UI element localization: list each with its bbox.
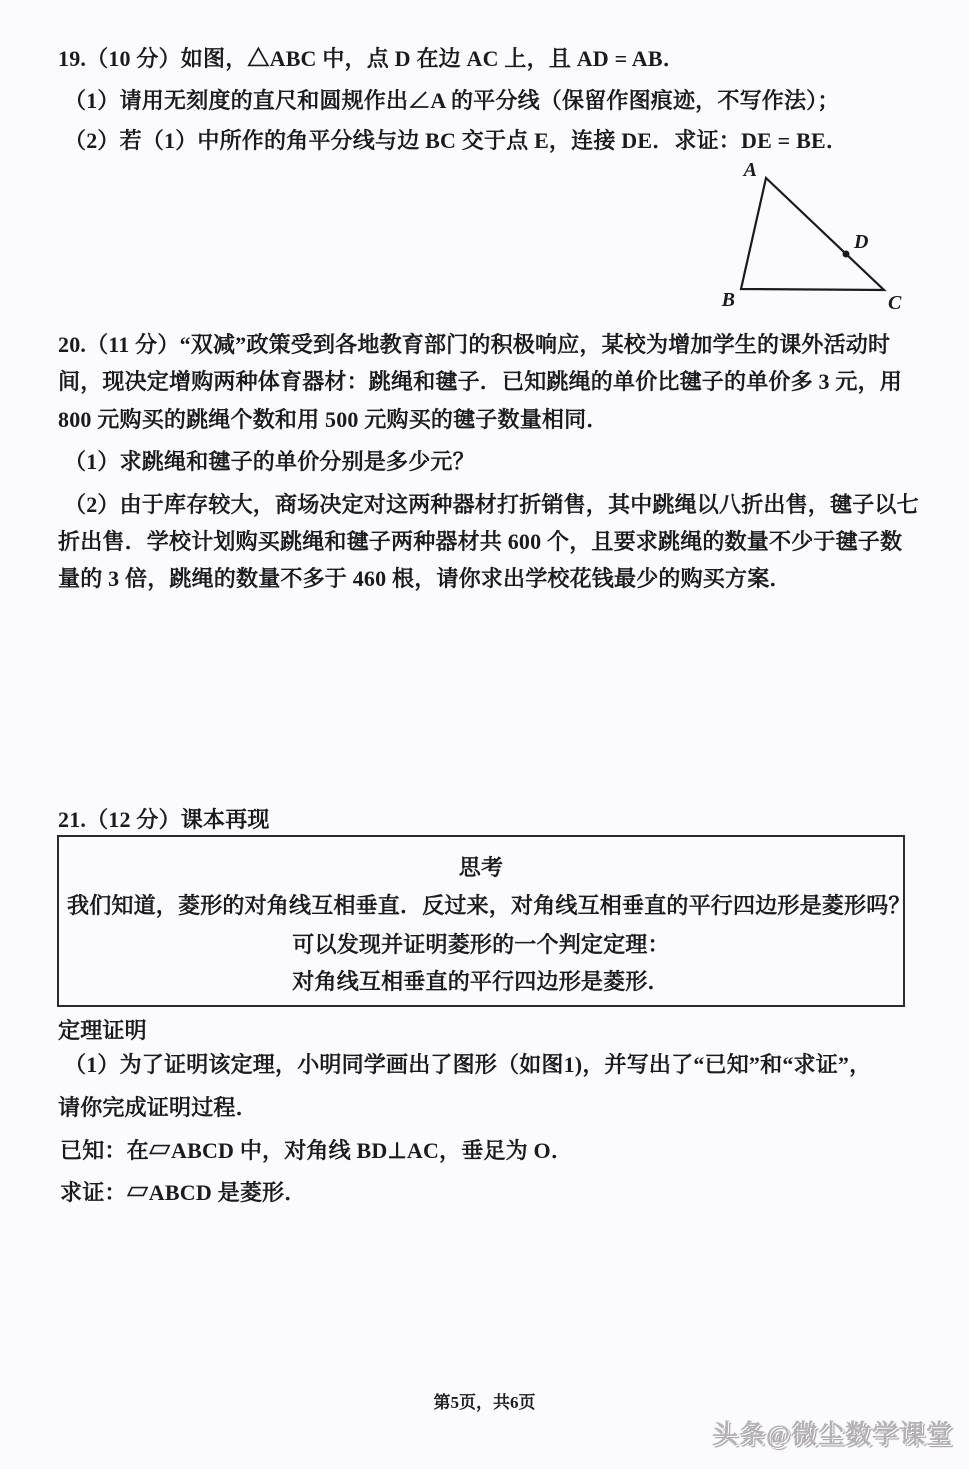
- q21-item-1-line-1: （1）为了证明该定理，小明同学画出了图形（如图1)，并写出了“已知”和“求证”，: [64, 1048, 871, 1079]
- q20-item-2-line-2: 折出售．学校计划购买跳绳和毽子两种器材共 600 个，且要求跳绳的数量不少于毽子…: [58, 525, 902, 556]
- vertex-label-a: A: [742, 160, 757, 181]
- think-box-line-1: 我们知道，菱形的对角线互相垂直．反过来，对角线互相垂直的平行四边形是菱形吗？: [67, 889, 911, 920]
- q20-item-1: （1）求跳绳和毽子的单价分别是多少元？: [64, 445, 475, 476]
- q20-stem-line-2: 间，现决定增购两种体育器材：跳绳和毽子．已知跳绳的单价比毽子的单价多 3 元，用: [58, 365, 902, 396]
- vertex-label-d: D: [853, 231, 868, 253]
- triangle-svg: A B C D: [695, 160, 927, 312]
- exam-page: 19.（10 分）如图，△ABC 中，点 D 在边 AC 上，且 AD = AB…: [0, 0, 969, 1469]
- q21-given-line: 已知：在▱ABCD 中，对角线 BD⊥AC，垂足为 O．: [60, 1134, 573, 1165]
- q20-stem-line-3: 800 元购买的跳绳个数和用 500 元购买的毽子数量相同．: [58, 403, 609, 434]
- point-d-dot: [843, 251, 850, 258]
- q20-stem-line-1: 20.（11 分）“双减”政策受到各地教育部门的积极响应，某校为增加学生的课外活…: [58, 328, 890, 359]
- q19-item-2: （2）若（1）中所作的角平分线与边 BC 交于点 E，连接 DE．求证：DE =…: [64, 124, 848, 155]
- q19-stem: 19.（10 分）如图，△ABC 中，点 D 在边 AC 上，且 AD = AB…: [58, 42, 685, 73]
- think-box-line-3: 对角线互相垂直的平行四边形是菱形．: [59, 965, 903, 996]
- vertex-label-b: B: [721, 289, 735, 311]
- page-number: 第5页，共6页: [0, 1388, 969, 1413]
- q21-proof-heading: 定理证明: [58, 1014, 147, 1045]
- q19-item-1: （1）请用无刻度的直尺和圆规作出∠A 的平分线（保留作图痕迹，不写作法）；: [64, 84, 840, 115]
- triangle-figure: A B C D: [695, 160, 927, 312]
- q21-prove-line: 求证：▱ABCD 是菱形．: [60, 1176, 306, 1207]
- watermark: 头条@微尘数学课堂: [712, 1414, 953, 1451]
- q21-item-1-line-2: 请你完成证明过程．: [58, 1091, 258, 1122]
- think-box-line-2: 可以发现并证明菱形的一个判定定理：: [59, 928, 903, 959]
- think-box-title: 思考: [59, 851, 903, 882]
- q20-item-2-line-1: （2）由于库存较大，商场决定对这两种器材打折销售，其中跳绳以八折出售，毽子以七: [64, 488, 919, 519]
- q20-item-2-line-3: 量的 3 倍，跳绳的数量不多于 460 根，请你求出学校花钱最少的购买方案．: [58, 562, 792, 593]
- think-box: 思考 我们知道，菱形的对角线互相垂直．反过来，对角线互相垂直的平行四边形是菱形吗…: [57, 835, 905, 1007]
- vertex-label-c: C: [888, 292, 902, 312]
- q21-heading: 21.（12 分）课本再现: [58, 803, 270, 834]
